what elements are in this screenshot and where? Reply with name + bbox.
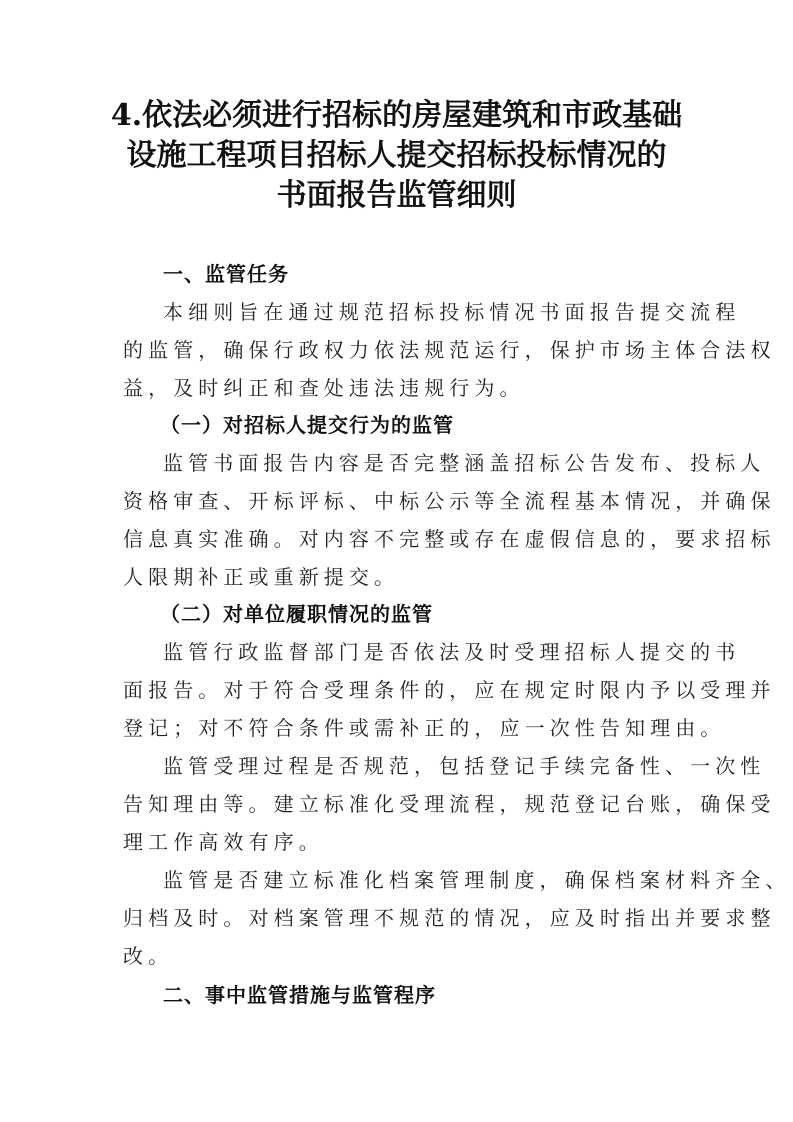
paragraph-line: 登记；对不符合条件或需补正的，应一次性告知理由。 [123,716,725,740]
document-title: 4.依法必须进行招标的房屋建筑和市政基础 设施工程项目招标人提交招标投标情况的 … [100,96,693,216]
paragraph-line: 本细则旨在通过规范招标投标情况书面报告提交流程 [163,300,740,324]
title-line: 书面报告监管细则 [100,176,693,216]
paragraph-line: 监管是否建立标准化档案管理制度，确保档案材料齐全、 [163,868,791,892]
paragraph-line: 理工作高效有序。 [123,830,324,854]
paragraph-line: 信息真实准确。对内容不完整或存在虚假信息的，要求招标 [123,527,776,551]
paragraph-line: 的监管，确保行政权力依法规范运行，保护市场主体合法权 [123,338,776,362]
title-line: 4.依法必须进行招标的房屋建筑和市政基础 [100,96,693,136]
paragraph-line: 人限期补正或重新提交。 [123,565,399,589]
paragraph-line: 资格审查、开标评标、中标公示等全流程基本情况，并确保 [123,489,776,513]
paragraph-line: 面报告。对于符合受理条件的，应在规定时限内予以受理并 [123,678,776,702]
subsection-heading-1: （一）对招标人提交行为的监管 [160,413,454,437]
paragraph-line: 归档及时。对档案管理不规范的情况，应及时指出并要求整 [123,906,776,930]
document-page: 4.依法必须进行招标的房屋建筑和市政基础 设施工程项目招标人提交招标投标情况的 … [0,0,793,1122]
paragraph-line: 监管书面报告内容是否完整涵盖招标公告发布、投标人 [163,451,765,475]
paragraph-line: 监管受理过程是否规范，包括登记手续完备性、一次性 [163,754,765,778]
paragraph-line: 益，及时纠正和查处违法违规行为。 [123,376,525,400]
title-line: 设施工程项目招标人提交招标投标情况的 [100,136,693,176]
section-heading-2: 二、事中监管措施与监管程序 [163,983,436,1007]
paragraph-line: 告知理由等。建立标准化受理流程，规范登记台账，确保受 [123,792,776,816]
section-heading-1: 一、监管任务 [163,262,289,286]
paragraph-line: 改。 [123,944,173,968]
subsection-heading-2: （二）对单位履职情况的监管 [160,602,433,626]
paragraph-line: 监管行政监督部门是否依法及时受理招标人提交的书 [163,640,740,664]
